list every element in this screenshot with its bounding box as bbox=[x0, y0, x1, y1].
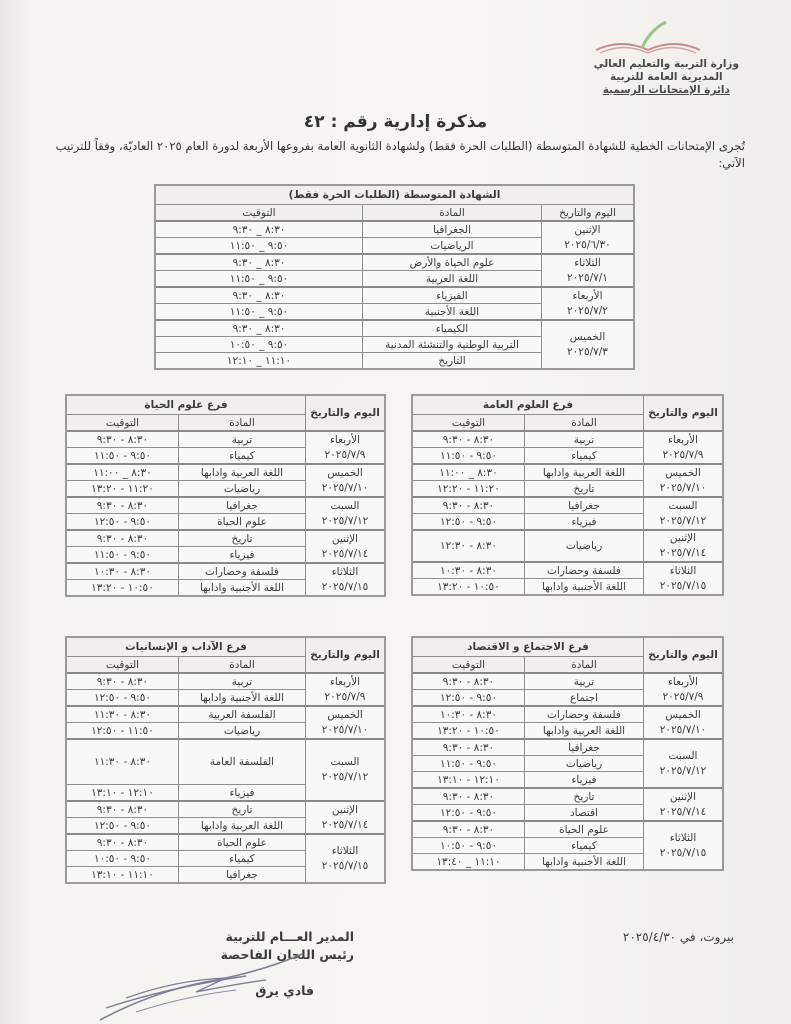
table-row: الثلاثاء٢٠٢٥/٧/١٥فلسفة وحضارات٨:٣٠ - ١٠:… bbox=[413, 562, 723, 579]
table-title: فرع الآداب و الإنسانيات bbox=[67, 638, 306, 657]
day-name: الأربعاء bbox=[647, 675, 719, 690]
time-cell: ٩:٥٠ - ١١:٥٠ bbox=[413, 448, 525, 465]
table-row: الثلاثاء٢٠٢٥/٧/١علوم الحياة والأرض٨:٣٠ _… bbox=[156, 254, 634, 271]
time-cell: ٩:٥٠ - ١٢:٥٠ bbox=[413, 514, 525, 531]
place-and-date: بيروت، في ٢٠٢٥/٤/٣٠ bbox=[623, 930, 734, 944]
day-date-cell: الثلاثاء٢٠٢٥/٧/١٥ bbox=[306, 834, 385, 883]
time-cell: ٨:٣٠ - ٩:٣٠ bbox=[67, 431, 179, 448]
time-cell: ٩:٥٠ - ١٢:٥٠ bbox=[413, 805, 525, 822]
table-row: الإثنين٢٠٢٥/٧/١٤تاريخ٨:٣٠ - ٩:٣٠ bbox=[413, 788, 723, 805]
subject-cell: اللغة العربية وادابها bbox=[179, 818, 306, 835]
time-cell: ٨:٣٠ - ٩:٣٠ bbox=[413, 788, 525, 805]
exam-date: ٢٠٢٥/٧/١٥ bbox=[309, 580, 381, 595]
subject-cell: علوم الحياة bbox=[179, 834, 306, 851]
table-row: السبت٢٠٢٥/٧/١٢جغرافيا٨:٣٠ - ٩:٣٠ bbox=[413, 497, 723, 514]
time-cell: ٨:٣٠ - ٩:٣٠ bbox=[67, 673, 179, 690]
subject-cell: علوم الحياة bbox=[179, 514, 306, 531]
time-cell: ٩:٥٠ _ ١١:٥٠ bbox=[156, 238, 363, 255]
subject-cell: فلسفة وحضارات bbox=[525, 706, 644, 723]
table-row: الأربعاء٢٠٢٥/٧/٩تربية٨:٣٠ - ٩:٣٠ bbox=[413, 673, 723, 690]
time-cell: ٨:٣٠ _ ١١:٠٠ bbox=[413, 464, 525, 481]
day-name: الثلاثاء bbox=[309, 565, 381, 580]
exam-date: ٢٠٢٥/٧/٩ bbox=[309, 448, 381, 463]
time-cell: ٩:٥٠ - ١٢:٥٠ bbox=[67, 818, 179, 835]
day-name: الأربعاء bbox=[647, 433, 719, 448]
subject-cell: تربية bbox=[525, 431, 644, 448]
time-cell: ٩:٥٠ _ ١٠:٥٠ bbox=[156, 337, 363, 353]
subject-cell: اللغة العربية وادابها bbox=[179, 464, 306, 481]
subject-cell: تربية bbox=[179, 431, 306, 448]
time-cell: ٩:٥٠ - ١١:٥٠ bbox=[413, 756, 525, 772]
memo-intro: تُجرى الإمتحانات الخطية للشهادة المتوسطة… bbox=[40, 138, 745, 172]
subject-cell: كيمياء bbox=[525, 838, 644, 854]
col-header-subject: المادة bbox=[525, 415, 644, 432]
day-date-cell: السبت٢٠٢٥/٧/١٢ bbox=[644, 497, 723, 530]
day-name: الخميس bbox=[309, 708, 381, 723]
table-row: السبت٢٠٢٥/٧/١٢الفلسفة العامة٨:٣٠ - ١١:٣٠ bbox=[67, 739, 385, 785]
ministry-name: وزارة التربية والتعليم العالي bbox=[594, 58, 739, 71]
day-date-cell: الثلاثاء٢٠٢٥/٧/١٥ bbox=[306, 563, 385, 596]
time-cell: ١١:١٠ - ١٣:١٠ bbox=[67, 867, 179, 883]
col-header-day-date: اليوم والتاريخ bbox=[306, 638, 385, 674]
day-date-cell: الأربعاء٢٠٢٥/٧/٩ bbox=[644, 673, 723, 706]
time-cell: ١٠:٥٠ - ١٣:٢٠ bbox=[67, 580, 179, 596]
day-date-cell: الخميس٢٠٢٥/٧/٣ bbox=[542, 320, 634, 369]
place-date-text: بيروت، في ٢٠٢٥/٤/٣٠ bbox=[623, 930, 734, 944]
subject-cell: الفلسفة العربية bbox=[179, 706, 306, 723]
time-cell: ٨:٣٠ _ ٩:٣٠ bbox=[156, 320, 363, 337]
time-cell: ٨:٣٠ - ١١:٣٠ bbox=[67, 706, 179, 723]
table-row: السبت٢٠٢٥/٧/١٢جغرافيا٨:٣٠ - ٩:٣٠ bbox=[67, 497, 385, 514]
table-row: الخميس٢٠٢٥/٧/١٠فلسفة وحضارات٨:٣٠ - ١٠:٣٠ bbox=[413, 706, 723, 723]
subject-cell: تاريخ bbox=[179, 801, 306, 818]
time-cell: ٨:٣٠ - ٩:٣٠ bbox=[67, 497, 179, 514]
day-name: الثلاثاء bbox=[545, 256, 630, 271]
col-header-subject: المادة bbox=[179, 415, 306, 432]
subject-cell: اللغة الأجنبية وادابها bbox=[525, 854, 644, 870]
time-cell: ٨:٣٠ - ٩:٣٠ bbox=[67, 801, 179, 818]
subject-cell: اقتصاد bbox=[525, 805, 644, 822]
table-title: الشهادة المتوسطة (الطلبات الحرة فقط) bbox=[156, 186, 634, 205]
day-name: السبت bbox=[309, 499, 381, 514]
table-row: الإثنين٢٠٢٥/٦/٣٠الجغرافيا٨:٣٠ _ ٩:٣٠ bbox=[156, 221, 634, 238]
handwritten-signature-icon bbox=[96, 950, 306, 1024]
exam-date: ٢٠٢٥/٧/١٤ bbox=[647, 546, 719, 561]
col-header-day-date: اليوم والتاريخ bbox=[644, 396, 723, 432]
day-date-cell: الخميس٢٠٢٥/٧/١٠ bbox=[644, 464, 723, 497]
subject-cell: اللغة الأجنبية bbox=[363, 304, 542, 321]
subject-cell: اللغة العربية وادابها bbox=[525, 464, 644, 481]
day-date-cell: الثلاثاء٢٠٢٥/٧/١٥ bbox=[644, 562, 723, 595]
day-name: الخميس bbox=[309, 466, 381, 481]
day-name: الخميس bbox=[647, 466, 719, 481]
exam-date: ٢٠٢٥/٧/١٤ bbox=[647, 805, 719, 820]
day-name: الإثنين bbox=[647, 531, 719, 546]
exam-date: ٢٠٢٥/٧/٣ bbox=[545, 345, 630, 360]
subject-cell: كيمياء bbox=[525, 448, 644, 465]
time-cell: ١١:١٠ _ ١٢:١٠ bbox=[156, 353, 363, 369]
subject-cell: التربية الوطنية والتنشئة المدنية bbox=[363, 337, 542, 353]
time-cell: ٩:٥٠ - ١٢:٥٠ bbox=[67, 514, 179, 531]
subject-cell: فيزياء bbox=[525, 514, 644, 531]
subject-cell: جغرافيا bbox=[525, 739, 644, 756]
time-cell: ٨:٣٠ - ٩:٣٠ bbox=[413, 739, 525, 756]
exam-date: ٢٠٢٥/٦/٣٠ bbox=[545, 238, 630, 253]
table-row: الخميس٢٠٢٥/٧/١٠الفلسفة العربية٨:٣٠ - ١١:… bbox=[67, 706, 385, 723]
table-row: الثلاثاء٢٠٢٥/٧/١٥علوم الحياة٨:٣٠ - ٩:٣٠ bbox=[67, 834, 385, 851]
day-date-cell: الأربعاء٢٠٢٥/٧/٩ bbox=[306, 431, 385, 464]
time-cell: ١٢:١٠ - ١٣:١٠ bbox=[67, 785, 179, 802]
exam-date: ٢٠٢٥/٧/١٢ bbox=[309, 514, 381, 529]
table-row: الثلاثاء٢٠٢٥/٧/١٥علوم الحياة٨:٣٠ - ٩:٣٠ bbox=[413, 821, 723, 838]
subject-cell: اللغة الأجنبية وادابها bbox=[525, 579, 644, 595]
subject-cell: فلسفة وحضارات bbox=[525, 562, 644, 579]
time-cell: ٨:٣٠ _ ٩:٣٠ bbox=[156, 254, 363, 271]
exam-date: ٢٠٢٥/٧/١ bbox=[545, 271, 630, 286]
exam-date: ٢٠٢٥/٧/١٢ bbox=[647, 514, 719, 529]
subject-cell: تاريخ bbox=[179, 530, 306, 547]
subject-cell: كيمياء bbox=[179, 448, 306, 465]
time-cell: ٨:٣٠ - ٩:٣٠ bbox=[413, 497, 525, 514]
day-date-cell: الإثنين٢٠٢٥/٧/١٤ bbox=[306, 530, 385, 563]
col-header-subject: المادة bbox=[363, 205, 542, 222]
subject-cell: التاريخ bbox=[363, 353, 542, 369]
day-date-cell: الإثنين٢٠٢٥/٦/٣٠ bbox=[542, 221, 634, 254]
day-name: الثلاثاء bbox=[647, 564, 719, 579]
day-date-cell: الخميس٢٠٢٥/٧/١٠ bbox=[306, 464, 385, 497]
day-date-cell: الإثنين٢٠٢٥/٧/١٤ bbox=[306, 801, 385, 834]
day-date-cell: الأربعاء٢٠٢٥/٧/٩ bbox=[644, 431, 723, 464]
exam-date: ٢٠٢٥/٧/١٢ bbox=[309, 770, 381, 785]
general-sciences-schedule-table: اليوم والتاريخفرع العلوم العامةالمادةالت… bbox=[412, 395, 723, 595]
exam-date: ٢٠٢٥/٧/١٤ bbox=[309, 818, 381, 833]
subject-cell: الفلسفة العامة bbox=[179, 739, 306, 785]
exam-date: ٢٠٢٥/٧/٢ bbox=[545, 304, 630, 319]
day-date-cell: الأربعاء٢٠٢٥/٧/٩ bbox=[306, 673, 385, 706]
subject-cell: جغرافيا bbox=[525, 497, 644, 514]
exam-date: ٢٠٢٥/٧/١٥ bbox=[647, 579, 719, 594]
department-name: دائرة الإمتحانات الرسمية bbox=[594, 84, 739, 97]
time-cell: ٨:٣٠ _ ١١:٠٠ bbox=[67, 464, 179, 481]
subject-cell: جغرافيا bbox=[179, 497, 306, 514]
col-header-time: التوقيت bbox=[67, 657, 179, 674]
exam-date: ٢٠٢٥/٧/١٤ bbox=[309, 547, 381, 562]
signatory-title-1: المدير العـــام للتربية bbox=[221, 928, 354, 946]
col-header-time: التوقيت bbox=[67, 415, 179, 432]
col-header-time: التوقيت bbox=[413, 415, 525, 432]
subject-cell: رياضيات bbox=[525, 530, 644, 562]
subject-cell: الكيمياء bbox=[363, 320, 542, 337]
time-cell: ١١:١٠ _ ١٣:٤٠ bbox=[413, 854, 525, 870]
col-header-time: التوقيت bbox=[156, 205, 363, 222]
time-cell: ٨:٣٠ - ١٠:٣٠ bbox=[67, 563, 179, 580]
time-cell: ٩:٥٠ - ١٢:٥٠ bbox=[413, 690, 525, 707]
subject-cell: الجغرافيا bbox=[363, 221, 542, 238]
day-date-cell: الخميس٢٠٢٥/٧/١٠ bbox=[306, 706, 385, 739]
open-book-logo-icon bbox=[592, 20, 704, 56]
col-header-time: التوقيت bbox=[413, 657, 525, 674]
subject-cell: جغرافيا bbox=[179, 867, 306, 883]
day-date-cell: الثلاثاء٢٠٢٥/٧/١٥ bbox=[644, 821, 723, 870]
time-cell: ٨:٣٠ - ٩:٣٠ bbox=[413, 821, 525, 838]
subject-cell: اللغة العربية bbox=[363, 271, 542, 288]
time-cell: ١٢:١٠ - ١٣:١٠ bbox=[413, 772, 525, 789]
table-row: الإثنين٢٠٢٥/٧/١٤تاريخ٨:٣٠ - ٩:٣٠ bbox=[67, 530, 385, 547]
table-row: السبت٢٠٢٥/٧/١٢جغرافيا٨:٣٠ - ٩:٣٠ bbox=[413, 739, 723, 756]
day-name: الأربعاء bbox=[309, 675, 381, 690]
subject-cell: تاريخ bbox=[525, 481, 644, 498]
life-sciences-schedule-table: اليوم والتاريخفرع علوم الحياةالمادةالتوق… bbox=[66, 395, 385, 596]
exam-date: ٢٠٢٥/٧/١٠ bbox=[647, 723, 719, 738]
day-name: الأربعاء bbox=[309, 433, 381, 448]
time-cell: ٨:٣٠ - ٩:٣٠ bbox=[413, 431, 525, 448]
directorate-name: المديرية العامة للتربية bbox=[594, 71, 739, 84]
subject-cell: تربية bbox=[179, 673, 306, 690]
day-name: السبت bbox=[647, 749, 719, 764]
time-cell: ١١:٢٠ - ١٢:٢٠ bbox=[413, 481, 525, 498]
time-cell: ١٠:٥٠ - ١٣:٢٠ bbox=[413, 723, 525, 740]
table-row: الإثنين٢٠٢٥/٧/١٤تاريخ٨:٣٠ - ٩:٣٠ bbox=[67, 801, 385, 818]
subject-cell: اللغة الأجنبية وادابها bbox=[179, 690, 306, 707]
time-cell: ٩:٥٠ - ١٠:٥٠ bbox=[67, 851, 179, 867]
day-name: الإثنين bbox=[309, 532, 381, 547]
day-name: الإثنين bbox=[545, 223, 630, 238]
exam-date: ٢٠٢٥/٧/١٠ bbox=[309, 481, 381, 496]
subject-cell: كيمياء bbox=[179, 851, 306, 867]
subject-cell: فيزياء bbox=[179, 547, 306, 564]
day-name: السبت bbox=[309, 755, 381, 770]
day-date-cell: الثلاثاء٢٠٢٥/٧/١ bbox=[542, 254, 634, 287]
table-row: الإثنين٢٠٢٥/٧/١٤رياضيات٨:٣٠ - ١٢:٣٠ bbox=[413, 530, 723, 562]
subject-cell: الفيزياء bbox=[363, 287, 542, 304]
time-cell: ١٠:٥٠ - ١٣:٢٠ bbox=[413, 579, 525, 595]
time-cell: ٨:٣٠ - ١٠:٣٠ bbox=[413, 562, 525, 579]
time-cell: ٨:٣٠ _ ٩:٣٠ bbox=[156, 287, 363, 304]
col-header-day-date: اليوم والتاريخ bbox=[306, 396, 385, 432]
subject-cell: فيزياء bbox=[525, 772, 644, 789]
subject-cell: علوم الحياة bbox=[525, 821, 644, 838]
time-cell: ٨:٣٠ - ٩:٣٠ bbox=[67, 530, 179, 547]
time-cell: ٨:٣٠ - ١١:٣٠ bbox=[67, 739, 179, 785]
day-date-cell: الخميس٢٠٢٥/٧/١٠ bbox=[644, 706, 723, 739]
day-name: الثلاثاء bbox=[309, 844, 381, 859]
table-row: الخميس٢٠٢٥/٧/١٠اللغة العربية وادابها٨:٣٠… bbox=[67, 464, 385, 481]
exam-date: ٢٠٢٥/٧/١٢ bbox=[647, 764, 719, 779]
time-cell: ٩:٥٠ - ١٠:٥٠ bbox=[413, 838, 525, 854]
time-cell: ٩:٥٠ - ١١:٥٠ bbox=[67, 448, 179, 465]
day-name: الخميس bbox=[647, 708, 719, 723]
time-cell: ٩:٥٠ - ١١:٥٠ bbox=[67, 547, 179, 564]
time-cell: ٩:٥٠ _ ١١:٥٠ bbox=[156, 271, 363, 288]
time-cell: ٨:٣٠ - ٩:٣٠ bbox=[413, 673, 525, 690]
exam-date: ٢٠٢٥/٧/٩ bbox=[647, 448, 719, 463]
table-row: الأربعاء٢٠٢٥/٧/٩تربية٨:٣٠ - ٩:٣٠ bbox=[413, 431, 723, 448]
memo-page: وزارة التربية والتعليم العالي المديرية ا… bbox=[0, 0, 791, 1024]
subject-cell: تربية bbox=[525, 673, 644, 690]
exam-date: ٢٠٢٥/٧/٩ bbox=[309, 690, 381, 705]
day-date-cell: الإثنين٢٠٢٥/٧/١٤ bbox=[644, 788, 723, 821]
day-name: السبت bbox=[647, 499, 719, 514]
table-row: الأربعاء٢٠٢٥/٧/٢الفيزياء٨:٣٠ _ ٩:٣٠ bbox=[156, 287, 634, 304]
subject-cell: رياضيات bbox=[525, 756, 644, 772]
subject-cell: علوم الحياة والأرض bbox=[363, 254, 542, 271]
table-title: فرع علوم الحياة bbox=[67, 396, 306, 415]
time-cell: ٩:٥٠ - ١٢:٥٠ bbox=[67, 690, 179, 707]
time-cell: ٨:٣٠ - ١٢:٣٠ bbox=[413, 530, 525, 562]
ministry-header: وزارة التربية والتعليم العالي المديرية ا… bbox=[594, 58, 739, 97]
time-cell: ٨:٣٠ - ٩:٣٠ bbox=[67, 834, 179, 851]
day-name: الإثنين bbox=[647, 790, 719, 805]
subject-cell: رياضيات bbox=[179, 723, 306, 740]
table-title: فرع الاجتماع و الاقتصاد bbox=[413, 638, 644, 657]
day-name: الأربعاء bbox=[545, 289, 630, 304]
subject-cell: اجتماع bbox=[525, 690, 644, 707]
col-header-day-date: اليوم والتاريخ bbox=[644, 638, 723, 674]
exam-date: ٢٠٢٥/٧/١٠ bbox=[309, 723, 381, 738]
day-date-cell: الإثنين٢٠٢٥/٧/١٤ bbox=[644, 530, 723, 562]
table-row: الخميس٢٠٢٥/٧/١٠اللغة العربية وادابها٨:٣٠… bbox=[413, 464, 723, 481]
col-header-subject: المادة bbox=[179, 657, 306, 674]
table-title: فرع العلوم العامة bbox=[413, 396, 644, 415]
day-date-cell: الأربعاء٢٠٢٥/٧/٢ bbox=[542, 287, 634, 320]
brevet-schedule-table: الشهادة المتوسطة (الطلبات الحرة فقط)اليو… bbox=[155, 185, 634, 369]
col-header-subject: المادة bbox=[525, 657, 644, 674]
sociology-economics-schedule-table: اليوم والتاريخفرع الاجتماع و الاقتصادالم… bbox=[412, 637, 723, 870]
exam-date: ٢٠٢٥/٧/١٠ bbox=[647, 481, 719, 496]
subject-cell: اللغة الأجنبية وادابها bbox=[179, 580, 306, 596]
subject-cell: الرياضيات bbox=[363, 238, 542, 255]
day-date-cell: السبت٢٠٢٥/٧/١٢ bbox=[644, 739, 723, 788]
day-name: الثلاثاء bbox=[647, 831, 719, 846]
subject-cell: رياضيات bbox=[179, 481, 306, 498]
exam-date: ٢٠٢٥/٧/١٥ bbox=[309, 859, 381, 874]
subject-cell: تاريخ bbox=[525, 788, 644, 805]
time-cell: ٩:٥٠ _ ١١:٥٠ bbox=[156, 304, 363, 321]
time-cell: ١١:٢٠ - ١٣:٢٠ bbox=[67, 481, 179, 498]
col-header-day-date: اليوم والتاريخ bbox=[542, 205, 634, 222]
table-row: الثلاثاء٢٠٢٥/٧/١٥فلسفة وحضارات٨:٣٠ - ١٠:… bbox=[67, 563, 385, 580]
table-row: الخميس٢٠٢٥/٧/٣الكيمياء٨:٣٠ _ ٩:٣٠ bbox=[156, 320, 634, 337]
time-cell: ١١:٥٠ - ١٢:٥٠ bbox=[67, 723, 179, 740]
memo-title: مذكرة إدارية رقم : ٤٢ bbox=[0, 112, 791, 132]
day-date-cell: السبت٢٠٢٥/٧/١٢ bbox=[306, 497, 385, 530]
exam-date: ٢٠٢٥/٧/١٥ bbox=[647, 846, 719, 861]
subject-cell: فلسفة وحضارات bbox=[179, 563, 306, 580]
day-name: الإثنين bbox=[309, 803, 381, 818]
day-date-cell: السبت٢٠٢٥/٧/١٢ bbox=[306, 739, 385, 801]
time-cell: ٨:٣٠ _ ٩:٣٠ bbox=[156, 221, 363, 238]
humanities-schedule-table: اليوم والتاريخفرع الآداب و الإنسانياتالم… bbox=[66, 637, 385, 883]
exam-date: ٢٠٢٥/٧/٩ bbox=[647, 690, 719, 705]
day-name: الخميس bbox=[545, 330, 630, 345]
subject-cell: اللغة العربية وادابها bbox=[525, 723, 644, 740]
subject-cell: فيزياء bbox=[179, 785, 306, 802]
table-row: الأربعاء٢٠٢٥/٧/٩تربية٨:٣٠ - ٩:٣٠ bbox=[67, 673, 385, 690]
time-cell: ٨:٣٠ - ١٠:٣٠ bbox=[413, 706, 525, 723]
table-row: الأربعاء٢٠٢٥/٧/٩تربية٨:٣٠ - ٩:٣٠ bbox=[67, 431, 385, 448]
